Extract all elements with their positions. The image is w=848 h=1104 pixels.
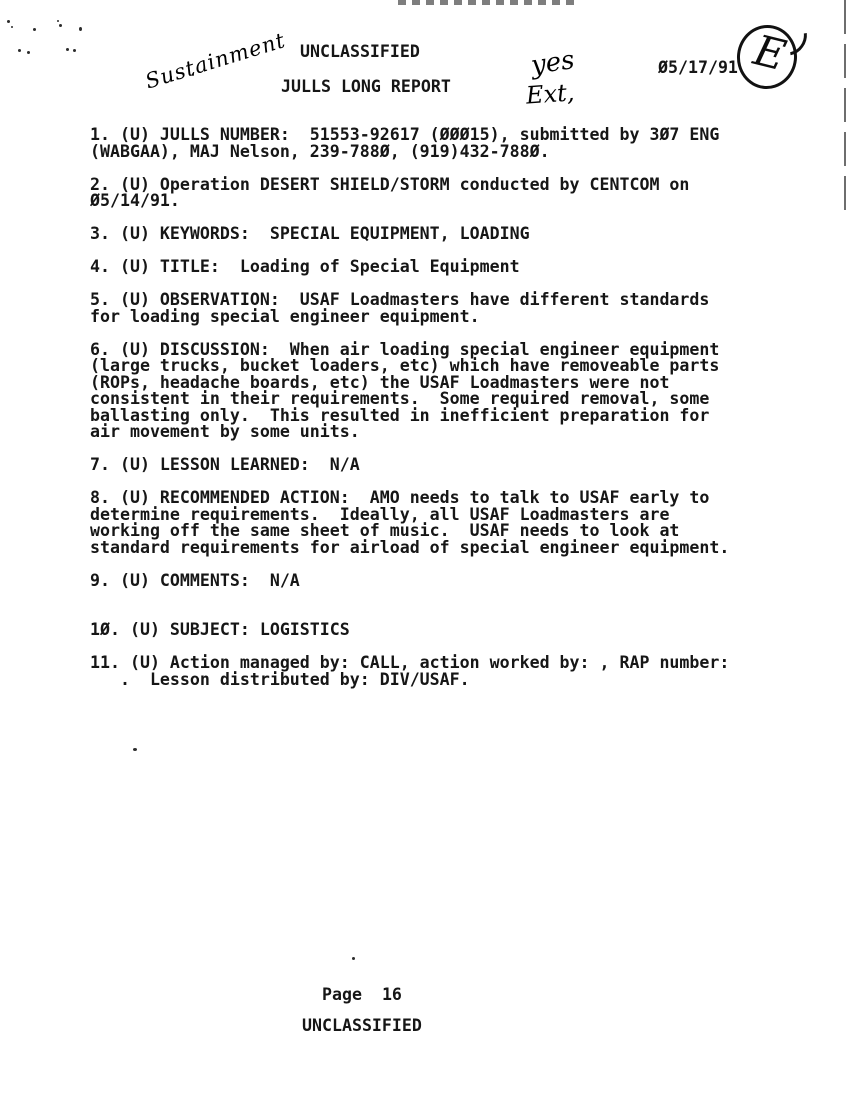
scan-speck: [352, 957, 355, 960]
handwritten-note-ext: Ext,: [525, 78, 575, 109]
scan-speck: [18, 49, 21, 52]
scan-speck: [27, 51, 30, 54]
paragraph-6: 6. (U) DISCUSSION: When air loading spec…: [90, 342, 729, 441]
paragraph-9: 9. (U) COMMENTS: N/A: [90, 573, 729, 590]
scan-speck: [66, 48, 69, 51]
paragraph-8: 8. (U) RECOMMENDED ACTION: AMO needs to …: [90, 490, 729, 556]
scan-speck: [133, 748, 137, 751]
paragraph-4: 4. (U) TITLE: Loading of Special Equipme…: [90, 259, 729, 276]
paragraph-7: 7. (U) LESSON LEARNED: N/A: [90, 457, 729, 474]
scan-speck: [57, 20, 59, 22]
scan-speck: [7, 20, 10, 23]
stamp-letter-e: E: [750, 29, 790, 77]
right-edge-scan-line: [844, 0, 846, 212]
handwritten-note-sustainment: Sustainment: [142, 28, 288, 93]
paragraph-1: 1. (U) JULLS NUMBER: 51553-92617 (ØØØ15)…: [90, 127, 729, 160]
paragraph-11: 11. (U) Action managed by: CALL, action …: [90, 655, 729, 688]
document-body: 1. (U) JULLS NUMBER: 51553-92617 (ØØØ15)…: [90, 127, 729, 705]
scanned-document-page: UNCLASSIFIED JULLS LONG REPORT Ø5/17/91 …: [0, 0, 848, 1104]
classification-header: UNCLASSIFIED: [300, 43, 420, 60]
circled-letter-stamp: E: [734, 22, 800, 92]
top-edge-cutoff-text-artifact: [398, 0, 574, 5]
paragraph-5: 5. (U) OBSERVATION: USAF Loadmasters hav…: [90, 292, 729, 325]
handwritten-note-yes: yes: [529, 45, 576, 81]
scan-speck: [73, 49, 76, 52]
paragraph-3: 3. (U) KEYWORDS: SPECIAL EQUIPMENT, LOAD…: [90, 226, 729, 243]
report-title: JULLS LONG REPORT: [281, 78, 451, 95]
paragraph-10: 1Ø. (U) SUBJECT: LOGISTICS: [90, 622, 729, 639]
scan-speck: [59, 24, 62, 27]
page-number-label: Page 16: [322, 986, 402, 1003]
scan-speck: [79, 27, 82, 31]
report-date: Ø5/17/91: [658, 59, 738, 76]
scan-speck: [11, 26, 13, 28]
paragraph-2: 2. (U) Operation DESERT SHIELD/STORM con…: [90, 177, 729, 210]
scan-speck: [33, 28, 36, 31]
classification-footer: UNCLASSIFIED: [302, 1017, 422, 1034]
